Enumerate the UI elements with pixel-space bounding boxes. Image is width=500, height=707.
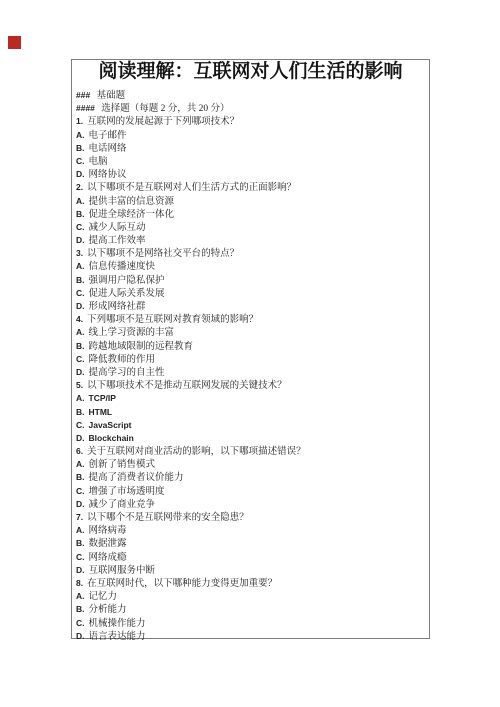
option-line: D.语言表达能力 [76, 630, 425, 643]
option-label: A. [76, 130, 85, 140]
option-text: 语言表达能力 [89, 632, 146, 642]
option-text: 数据泄露 [89, 539, 127, 549]
option-line: C.促进人际关系发展 [76, 287, 425, 300]
question-line: 3.以下哪项不是网络社交平台的特点？ [76, 247, 425, 260]
option-label: D. [76, 169, 85, 179]
question-line: 4.下列哪项不是互联网对教育领域的影响？ [76, 313, 425, 326]
option-line: B.促进全球经济一体化 [76, 208, 425, 221]
option-label: A. [76, 525, 85, 535]
option-line: A.提供丰富的信息资源 [76, 195, 425, 208]
option-line: A.电子邮件 [76, 129, 425, 142]
option-label: A. [76, 327, 85, 337]
option-text: 记忆力 [89, 592, 118, 602]
question-list: 1.互联网的发展起源于下列哪项技术？A.电子邮件B.电话网络C.电脑D.网络协议… [76, 115, 425, 643]
option-line: D.形成网络社群 [76, 300, 425, 313]
option-line: C.JavaScript [76, 419, 425, 432]
option-text: 提供丰富的信息资源 [89, 197, 175, 207]
option-label: C. [76, 222, 85, 232]
option-label: C. [76, 420, 85, 430]
option-line: B.数据泄露 [76, 537, 425, 550]
option-line: B.分析能力 [76, 603, 425, 616]
question-number: 6. [76, 446, 83, 456]
option-text: 跨越地域限制的远程教育 [89, 342, 194, 352]
option-label: A. [76, 393, 85, 403]
option-text: 增强了市场透明度 [89, 487, 165, 497]
option-text: 线上学习资源的丰富 [89, 328, 175, 338]
option-line: D.提高学习的自主性 [76, 366, 425, 379]
option-line: B.HTML [76, 406, 425, 419]
question-line: 8.在互联网时代，以下哪种能力变得更加重要？ [76, 577, 425, 590]
option-line: D.Blockchain [76, 432, 425, 445]
option-text: 减少了商业竞争 [89, 500, 156, 510]
question-number: 2. [76, 182, 83, 192]
option-text: 降低教师的作用 [89, 355, 156, 365]
question-text: 以下哪个不是互联网带来的安全隐患？ [87, 513, 249, 523]
option-label: C. [76, 354, 85, 364]
option-text: 网络成瘾 [89, 553, 127, 563]
option-label: B. [76, 275, 85, 285]
option-line: C.机械操作能力 [76, 617, 425, 630]
option-label: B. [76, 341, 85, 351]
option-line: D.网络协议 [76, 168, 425, 181]
option-line: A.TCP/IP [76, 392, 425, 405]
option-label: C. [76, 156, 85, 166]
option-text: 机械操作能力 [89, 619, 146, 629]
option-line: D.减少了商业竞争 [76, 498, 425, 511]
option-label: A. [76, 196, 85, 206]
option-line: A.创新了销售模式 [76, 458, 425, 471]
option-text: 网络病毒 [89, 526, 127, 536]
question-text: 在互联网时代，以下哪种能力变得更加重要？ [87, 579, 277, 589]
option-label: B. [76, 209, 85, 219]
option-label: D. [76, 235, 85, 245]
option-text: 提高学习的自主性 [89, 368, 165, 378]
option-line: C.网络成瘾 [76, 551, 425, 564]
option-line: A.线上学习资源的丰富 [76, 326, 425, 339]
option-text: 提高了消费者议价能力 [89, 473, 184, 483]
question-line: 1.互联网的发展起源于下列哪项技术？ [76, 115, 425, 128]
question-number: 3. [76, 248, 83, 258]
question-line: 7.以下哪个不是互联网带来的安全隐患？ [76, 511, 425, 524]
option-line: A.信息传播速度快 [76, 260, 425, 273]
option-text: 强调用户隐私保护 [89, 276, 165, 286]
question-text: 以下哪项不是互联网对人们生活方式的正面影响？ [87, 183, 296, 193]
red-square-marker [8, 36, 21, 49]
heading-line-basic: ### 基础题 [76, 89, 425, 102]
option-text: 电话网络 [89, 144, 127, 154]
heading-text: 选择题（每题 2 分，共 20 分） [101, 104, 229, 114]
option-line: C.电脑 [76, 155, 425, 168]
option-text: 信息传播速度快 [89, 262, 156, 272]
option-label: D. [76, 631, 85, 641]
option-line: A.记忆力 [76, 590, 425, 603]
document-content: ### 基础题 #### 选择题（每题 2 分，共 20 分） 1.互联网的发展… [72, 89, 429, 643]
question-number: 8. [76, 578, 83, 588]
question-line: 6.关于互联网对商业活动的影响，以下哪项描述错误？ [76, 445, 425, 458]
option-text: 分析能力 [89, 605, 127, 615]
heading-text: 基础题 [97, 91, 126, 101]
option-label: C. [76, 486, 85, 496]
question-line: 2.以下哪项不是互联网对人们生活方式的正面影响？ [76, 181, 425, 194]
option-line: B.提高了消费者议价能力 [76, 471, 425, 484]
option-text: Blockchain [89, 433, 134, 443]
question-number: 5. [76, 380, 83, 390]
option-line: C.减少人际互动 [76, 221, 425, 234]
option-text: 网络协议 [89, 170, 127, 180]
option-text: HTML [89, 407, 113, 417]
question-text: 以下哪项技术不是推动互联网发展的关键技术？ [87, 381, 287, 391]
option-label: D. [76, 565, 85, 575]
option-text: 电子邮件 [89, 131, 127, 141]
option-line: C.降低教师的作用 [76, 353, 425, 366]
option-line: B.强调用户隐私保护 [76, 274, 425, 287]
option-line: C.增强了市场透明度 [76, 485, 425, 498]
option-label: C. [76, 618, 85, 628]
option-label: A. [76, 591, 85, 601]
option-label: B. [76, 538, 85, 548]
option-text: 互联网服务中断 [89, 566, 156, 576]
option-label: D. [76, 433, 85, 443]
option-label: A. [76, 261, 85, 271]
option-label: D. [76, 499, 85, 509]
option-label: D. [76, 301, 85, 311]
option-label: C. [76, 288, 85, 298]
page-title: 阅读理解：互联网对人们生活的影响 [72, 62, 429, 82]
option-label: B. [76, 604, 85, 614]
question-number: 7. [76, 512, 83, 522]
markdown-hashes: #### [76, 103, 95, 113]
option-text: JavaScript [89, 420, 132, 430]
question-number: 4. [76, 314, 83, 324]
option-line: D.互联网服务中断 [76, 564, 425, 577]
markdown-hashes: ### [76, 90, 90, 100]
option-line: A.网络病毒 [76, 524, 425, 537]
option-line: D.提高工作效率 [76, 234, 425, 247]
document-page: 阅读理解：互联网对人们生活的影响 ### 基础题 #### 选择题（每题 2 分… [71, 59, 430, 639]
option-line: B.电话网络 [76, 142, 425, 155]
option-text: 电脑 [89, 157, 108, 167]
option-label: C. [76, 552, 85, 562]
option-text: 形成网络社群 [89, 302, 146, 312]
question-text: 关于互联网对商业活动的影响，以下哪项描述错误？ [87, 447, 306, 457]
question-text: 互联网的发展起源于下列哪项技术？ [87, 117, 239, 127]
question-text: 下列哪项不是互联网对教育领域的影响？ [87, 315, 258, 325]
question-text: 以下哪项不是网络社交平台的特点？ [87, 249, 239, 259]
heading-line-choice: #### 选择题（每题 2 分，共 20 分） [76, 102, 425, 115]
option-label: B. [76, 472, 85, 482]
option-text: 促进人际关系发展 [89, 289, 165, 299]
option-text: 促进全球经济一体化 [89, 210, 175, 220]
option-label: D. [76, 367, 85, 377]
option-text: 减少人际互动 [89, 223, 146, 233]
option-label: A. [76, 459, 85, 469]
question-line: 5.以下哪项技术不是推动互联网发展的关键技术？ [76, 379, 425, 392]
option-line: B.跨越地域限制的远程教育 [76, 340, 425, 353]
option-text: TCP/IP [89, 393, 116, 403]
option-label: B. [76, 407, 85, 417]
option-text: 创新了销售模式 [89, 460, 156, 470]
question-number: 1. [76, 116, 83, 126]
option-text: 提高工作效率 [89, 236, 146, 246]
option-label: B. [76, 143, 85, 153]
